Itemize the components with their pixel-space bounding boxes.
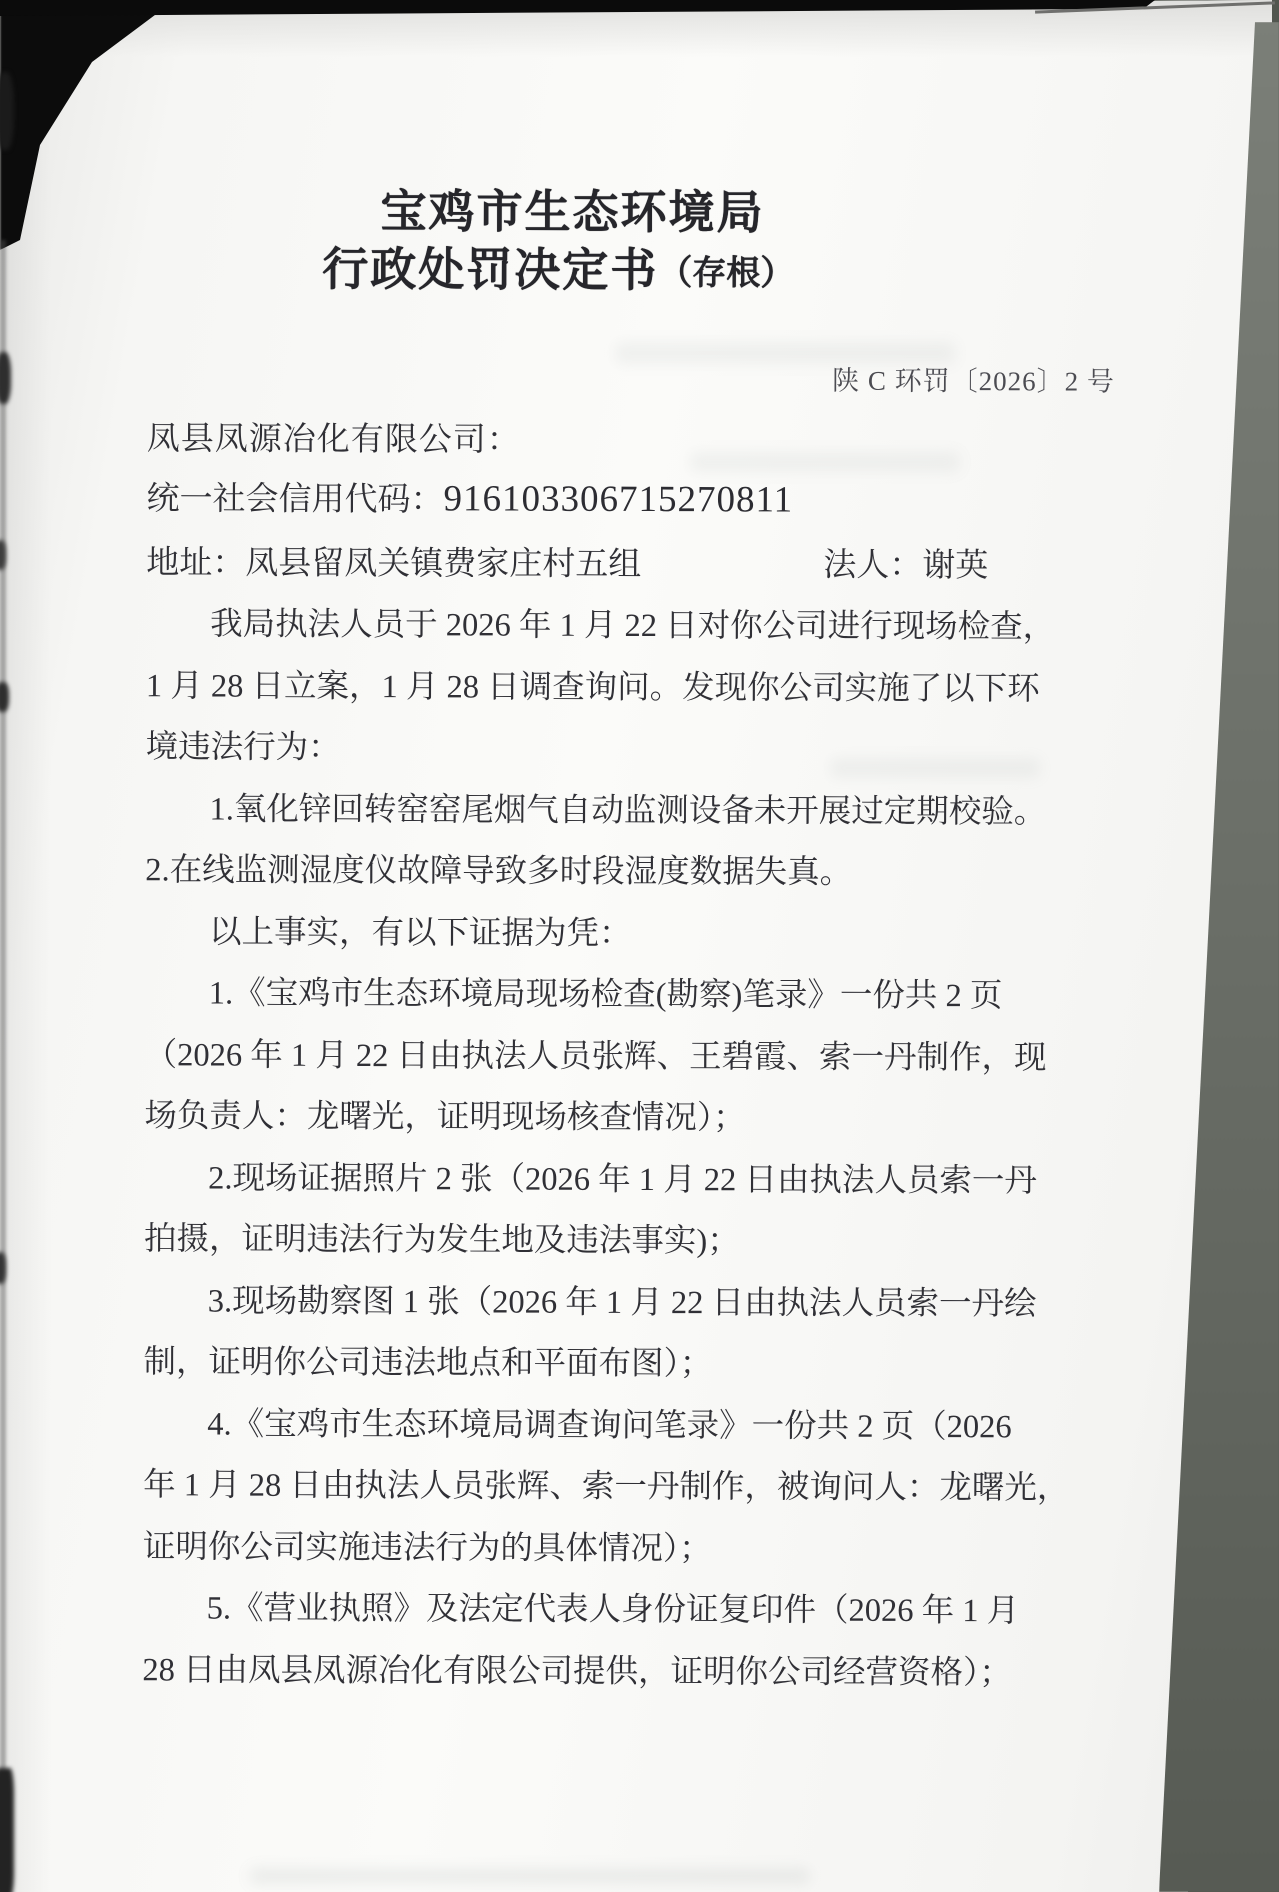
- body-line: 3.现场勘察图 1 张（2026 年 1 月 22 日由执法人员索一丹绘: [144, 1271, 1129, 1336]
- legal-rep-label: 法人：: [823, 548, 922, 584]
- body-line: 以上事实，有以下证据为凭：: [145, 902, 1130, 967]
- legal-rep-value: 谢英: [922, 548, 988, 584]
- body-line: 年 1 月 28 日由执法人员张辉、索一丹制作，被询问人：龙曙光，: [143, 1455, 1128, 1520]
- address-value: 地址：凤县留凤关镇费家庄村五组: [146, 536, 641, 585]
- credit-code-line: 统一社会信用代码：916103306715270811: [146, 472, 793, 521]
- credit-code-label: 统一社会信用代码：: [146, 481, 443, 518]
- body-line: 28 日由凤县凤源冶化有限公司提供，证明你公司经营资格）；: [142, 1640, 1127, 1705]
- legal-rep: 法人：谢英: [823, 539, 988, 587]
- body-text: 我局执法人员于 2026 年 1 月 22 日对你公司进行现场检查，1 月 28…: [142, 594, 1131, 1704]
- body-line: 4.《宝鸡市生态环境局调查询问笔录》一份共 2 页（2026: [143, 1394, 1128, 1459]
- address-line: 地址：凤县留凤关镇费家庄村五组 法人：谢英: [146, 536, 988, 586]
- body-line: （2026 年 1 月 22 日由执法人员张辉、王碧霞、索一丹制作，现: [145, 1025, 1130, 1090]
- document-content: 宝鸡市生态环境局 行政处罚决定书（存根） 陕 C 环罚〔2026〕2 号 凤县凤…: [0, 0, 1279, 1892]
- document-title-line2: 行政处罚决定书（存根）: [322, 233, 794, 301]
- body-line: 我局执法人员于 2026 年 1 月 22 日对你公司进行现场检查，: [146, 594, 1131, 659]
- body-line: 境违法行为：: [146, 717, 1131, 782]
- body-line: 1.《宝鸡市生态环境局现场检查(勘察)笔录》一份共 2 页: [145, 963, 1130, 1028]
- body-line: 1 月 28 日立案，1 月 28 日调查询问。发现你公司实施了以下环: [146, 656, 1131, 721]
- body-line: 5.《营业执照》及法定代表人身份证复印件（2026 年 1 月: [143, 1578, 1128, 1643]
- document-number: 陕 C 环罚〔2026〕2 号: [2, 356, 1115, 399]
- credit-code-value: 916103306715270811: [443, 478, 793, 520]
- stub-annotation: （存根）: [658, 255, 794, 292]
- body-line: 2.现场证据照片 2 张（2026 年 1 月 22 日由执法人员索一丹: [144, 1148, 1129, 1213]
- body-line: 场负责人：龙曙光，证明现场核查情况）；: [144, 1086, 1129, 1151]
- document-photo: 宝鸡市生态环境局 行政处罚决定书（存根） 陕 C 环罚〔2026〕2 号 凤县凤…: [0, 0, 1279, 1892]
- title-main: 行政处罚决定书: [322, 244, 658, 296]
- recipient-line: 凤县凤源冶化有限公司：: [147, 412, 521, 460]
- body-line: 拍摄，证明违法行为发生地及违法事实)；: [144, 1209, 1129, 1274]
- body-line: 证明你公司实施违法行为的具体情况）；: [143, 1517, 1128, 1582]
- body-line: 2.在线监测湿度仪故障导致多时段湿度数据失真。: [145, 840, 1130, 905]
- body-line: 制，证明你公司违法地点和平面布图）；: [143, 1332, 1128, 1397]
- address-label: 地址：: [146, 545, 245, 581]
- body-line: 1.氧化锌回转窑窑尾烟气自动监测设备未开展过定期校验。: [145, 779, 1130, 844]
